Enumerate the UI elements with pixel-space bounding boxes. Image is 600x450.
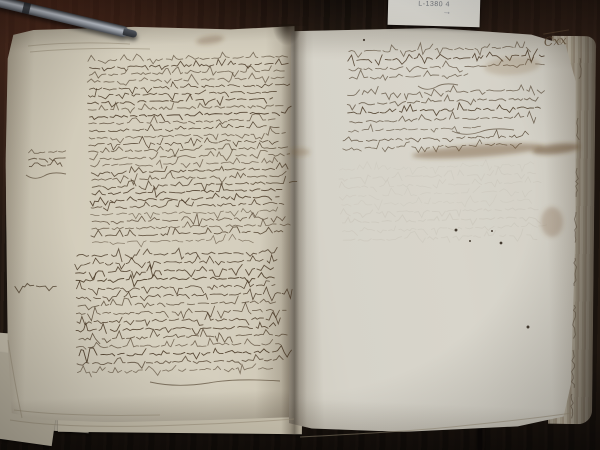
verso-show-through bbox=[338, 157, 547, 246]
left-page-paragraph-2 bbox=[74, 246, 293, 378]
archivist-slip: L-1380 4 → bbox=[388, 0, 481, 27]
folio-number-text: Cxx bbox=[543, 33, 567, 49]
left-margin-note-lower bbox=[15, 282, 57, 292]
page-stack-edge-lines bbox=[8, 43, 572, 437]
ink-spots bbox=[363, 39, 530, 329]
fore-edge-ink-marks bbox=[571, 58, 581, 418]
left-margin-note-upper bbox=[28, 148, 66, 168]
slip-arrow-mark: → bbox=[388, 7, 480, 15]
flourish-strokes bbox=[26, 84, 514, 385]
photo-of-open-manuscript-book: Cxx L-1380 4 → bbox=[0, 0, 600, 450]
handwriting-ink-layer: Cxx bbox=[0, 0, 600, 450]
folio-number: Cxx bbox=[543, 30, 570, 49]
left-page-paragraph-1 bbox=[86, 51, 298, 248]
right-page-paragraph-2 bbox=[347, 82, 546, 136]
